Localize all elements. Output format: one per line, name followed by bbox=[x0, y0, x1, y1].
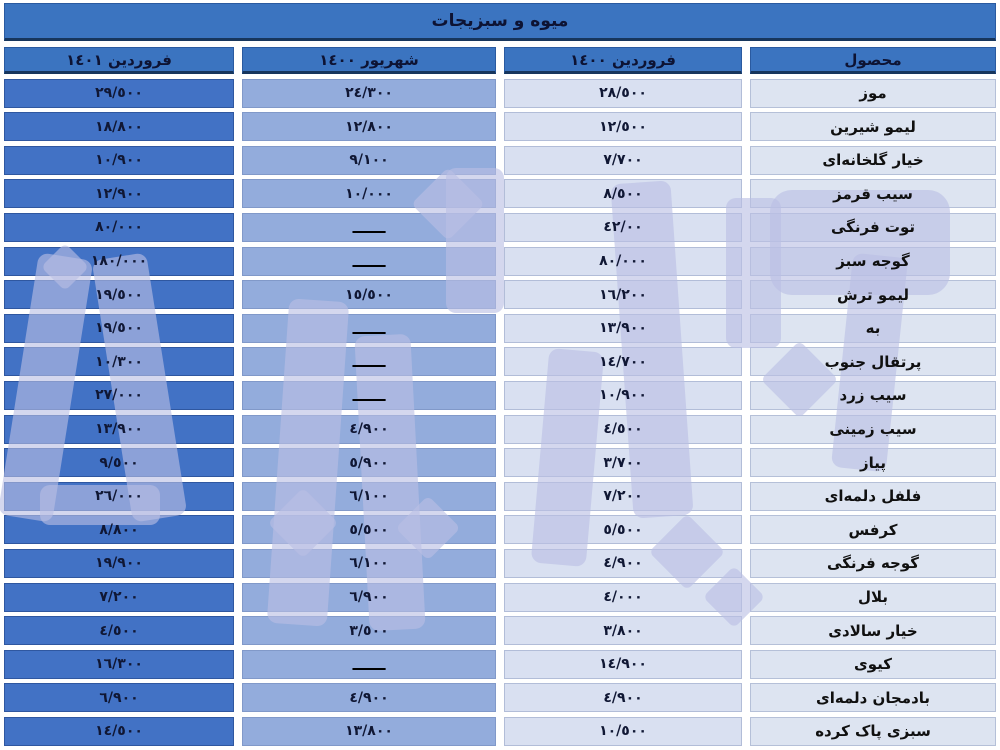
price-value: ١٦/٣٠٠ bbox=[95, 656, 143, 672]
farvardin-1400-cell: ٤٢/٠٠ bbox=[504, 213, 742, 242]
price-value: ١٤/٩٠٠ bbox=[599, 656, 647, 672]
price-value: ٦/٩٠٠ bbox=[349, 589, 388, 605]
shahrivar-1400-cell: ٤/٩٠٠ bbox=[242, 415, 496, 444]
price-value: ٣/٥٠٠ bbox=[349, 623, 388, 639]
farvardin-1401-cell: ١٦/٣٠٠ bbox=[4, 650, 234, 679]
product-name: سبزی پاک کرده bbox=[815, 722, 931, 740]
farvardin-1401-cell: ٤/٥٠٠ bbox=[4, 616, 234, 645]
price-value: ٢٨/٥٠٠ bbox=[599, 85, 647, 101]
shahrivar-1400-cell: ٦/٩٠٠ bbox=[242, 583, 496, 612]
farvardin-1401-cell: ٩/٥٠٠ bbox=[4, 448, 234, 477]
price-value: ١٤/٧٠٠ bbox=[599, 354, 647, 370]
price-value: ٤/٩٠٠ bbox=[603, 690, 642, 706]
shahrivar-1400-cell: ــــــ bbox=[242, 347, 496, 376]
farvardin-1401-cell: ٢٩/٥٠٠ bbox=[4, 79, 234, 108]
product-cell: لیمو ترش bbox=[750, 280, 996, 309]
farvardin-1400-cell: ٤/٠٠٠ bbox=[504, 583, 742, 612]
shahrivar-1400-cell: ــــــ bbox=[242, 314, 496, 343]
price-value: ١٨٠/٠٠٠ bbox=[91, 253, 147, 269]
farvardin-1400-cell: ٨٠/٠٠٠ bbox=[504, 247, 742, 276]
farvardin-1400-cell: ٢٨/٥٠٠ bbox=[504, 79, 742, 108]
product-cell: بلال bbox=[750, 583, 996, 612]
price-value: ٨/٨٠٠ bbox=[99, 522, 138, 538]
price-value: ــــــ bbox=[353, 218, 386, 237]
price-value: ٧/٢٠٠ bbox=[99, 589, 138, 605]
farvardin-1401-cell: ١٨/٨٠٠ bbox=[4, 112, 234, 141]
price-value: ١٠/٣٠٠ bbox=[95, 354, 143, 370]
price-value: ٣/٨٠٠ bbox=[603, 623, 642, 639]
farvardin-1400-cell: ١٠/٥٠٠ bbox=[504, 717, 742, 746]
price-value: ٩/١٠٠ bbox=[349, 152, 388, 168]
shahrivar-1400-cell: ١٥/٥٠٠ bbox=[242, 280, 496, 309]
product-cell: گوجه فرنگی bbox=[750, 549, 996, 578]
shahrivar-1400-cell: ــــــ bbox=[242, 650, 496, 679]
price-value: ١٣/٩٠٠ bbox=[599, 320, 647, 336]
farvardin-1400-cell: ٤/٥٠٠ bbox=[504, 415, 742, 444]
product-cell: پرتقال جنوب bbox=[750, 347, 996, 376]
product-name: به bbox=[866, 319, 881, 337]
table-title-bar: میوه و سبزیجات bbox=[4, 3, 996, 41]
price-value: ١٣/٨٠٠ bbox=[345, 723, 393, 739]
price-value: ١٨/٨٠٠ bbox=[95, 119, 143, 135]
product-name: لیمو شیرین bbox=[830, 118, 916, 136]
price-table: محصول فروردین ١٤٠٠ شهریور ١٤٠٠ فروردین ١… bbox=[4, 47, 996, 746]
product-cell: موز bbox=[750, 79, 996, 108]
farvardin-1400-cell: ١٠/٩٠٠ bbox=[504, 381, 742, 410]
price-value: ١٠/٩٠٠ bbox=[95, 152, 143, 168]
price-value: ٨٠/٠٠٠ bbox=[95, 219, 143, 235]
price-value: ١٩/٥٠٠ bbox=[95, 287, 143, 303]
farvardin-1400-cell: ١٤/٩٠٠ bbox=[504, 650, 742, 679]
farvardin-1401-cell: ١٤/٥٠٠ bbox=[4, 717, 234, 746]
price-value: ــــــ bbox=[353, 319, 386, 338]
product-name: پرتقال جنوب bbox=[825, 353, 922, 371]
price-value: ٢٦/٠٠٠ bbox=[95, 488, 143, 504]
price-value: ١٤/٥٠٠ bbox=[95, 723, 143, 739]
price-value: ٨٠/٠٠٠ bbox=[599, 253, 647, 269]
product-cell: توت فرنگی bbox=[750, 213, 996, 242]
product-name: کیوی bbox=[854, 655, 892, 673]
product-name: کرفس bbox=[848, 521, 897, 539]
price-value: ٦/٩٠٠ bbox=[99, 690, 138, 706]
product-name: سیب زمینی bbox=[829, 420, 916, 438]
price-value: ١٢/٩٠٠ bbox=[95, 186, 143, 202]
shahrivar-1400-cell: ١٣/٨٠٠ bbox=[242, 717, 496, 746]
shahrivar-1400-cell: ١٢/٨٠٠ bbox=[242, 112, 496, 141]
shahrivar-1400-cell: ٤/٩٠٠ bbox=[242, 683, 496, 712]
price-value: ١٠/٠٠٠ bbox=[345, 186, 393, 202]
shahrivar-1400-cell: ــــــ bbox=[242, 213, 496, 242]
farvardin-1401-cell: ١٩/٩٠٠ bbox=[4, 549, 234, 578]
farvardin-1400-cell: ٤/٩٠٠ bbox=[504, 549, 742, 578]
price-value: ٤٢/٠٠ bbox=[603, 219, 642, 235]
farvardin-1400-cell: ٥/٥٠٠ bbox=[504, 515, 742, 544]
product-name: موز bbox=[859, 84, 886, 102]
farvardin-1400-cell: ٨/٥٠٠ bbox=[504, 179, 742, 208]
farvardin-1400-cell: ٧/٧٠٠ bbox=[504, 146, 742, 175]
price-value: ١٦/٢٠٠ bbox=[599, 287, 647, 303]
product-cell: سیب زمینی bbox=[750, 415, 996, 444]
shahrivar-1400-cell: ــــــ bbox=[242, 381, 496, 410]
product-cell: بادمجان دلمه‌ای bbox=[750, 683, 996, 712]
price-value: ٢٧/٠٠٠ bbox=[95, 387, 143, 403]
product-name: بلال bbox=[858, 588, 888, 606]
price-value: ــــــ bbox=[353, 655, 386, 674]
price-value: ١٩/٩٠٠ bbox=[95, 555, 143, 571]
product-cell: فلفل دلمه‌ای bbox=[750, 482, 996, 511]
product-name: پیاز bbox=[860, 454, 886, 472]
price-value: ٤/٩٠٠ bbox=[603, 555, 642, 571]
column-header-farvardin-1401: فروردین ١٤٠١ bbox=[4, 47, 234, 74]
price-value: ١٣/٩٠٠ bbox=[95, 421, 143, 437]
product-cell: خیار گلخانه‌ای bbox=[750, 146, 996, 175]
price-value: ٥/٥٠٠ bbox=[349, 522, 388, 538]
price-value: ــــــ bbox=[353, 352, 386, 371]
shahrivar-1400-cell: ١٠/٠٠٠ bbox=[242, 179, 496, 208]
product-name: توت فرنگی bbox=[831, 218, 915, 236]
farvardin-1401-cell: ١٠/٩٠٠ bbox=[4, 146, 234, 175]
price-value: ٤/٥٠٠ bbox=[99, 623, 138, 639]
farvardin-1400-cell: ١٢/٥٠٠ bbox=[504, 112, 742, 141]
product-cell: پیاز bbox=[750, 448, 996, 477]
shahrivar-1400-cell: ــــــ bbox=[242, 247, 496, 276]
product-cell: گوجه سبز bbox=[750, 247, 996, 276]
farvardin-1401-cell: ٢٦/٠٠٠ bbox=[4, 482, 234, 511]
product-name: خیار سالادی bbox=[828, 622, 917, 640]
shahrivar-1400-cell: ٥/٩٠٠ bbox=[242, 448, 496, 477]
product-cell: به bbox=[750, 314, 996, 343]
price-table-page: میوه و سبزیجات محصول فروردین ١٤٠٠ شهریور… bbox=[0, 0, 1000, 746]
product-name: لیمو ترش bbox=[837, 286, 909, 304]
price-value: ٣/٧٠٠ bbox=[603, 455, 642, 471]
farvardin-1401-cell: ٦/٩٠٠ bbox=[4, 683, 234, 712]
product-cell: کیوی bbox=[750, 650, 996, 679]
farvardin-1400-cell: ١٦/٢٠٠ bbox=[504, 280, 742, 309]
price-value: ٤/٠٠٠ bbox=[603, 589, 642, 605]
price-value: ١٢/٥٠٠ bbox=[599, 119, 647, 135]
price-value: ١٠/٩٠٠ bbox=[599, 387, 647, 403]
farvardin-1401-cell: ١٢/٩٠٠ bbox=[4, 179, 234, 208]
product-cell: سبزی پاک کرده bbox=[750, 717, 996, 746]
farvardin-1400-cell: ٣/٧٠٠ bbox=[504, 448, 742, 477]
price-value: ٨/٥٠٠ bbox=[603, 186, 642, 202]
shahrivar-1400-cell: ٢٤/٣٠٠ bbox=[242, 79, 496, 108]
farvardin-1401-cell: ١٠/٣٠٠ bbox=[4, 347, 234, 376]
product-cell: خیار سالادی bbox=[750, 616, 996, 645]
product-cell: سیب زرد bbox=[750, 381, 996, 410]
product-name: گوجه سبز bbox=[836, 252, 909, 270]
price-value: ١٢/٨٠٠ bbox=[345, 119, 393, 135]
farvardin-1401-cell: ١٣/٩٠٠ bbox=[4, 415, 234, 444]
farvardin-1401-cell: ١٨٠/٠٠٠ bbox=[4, 247, 234, 276]
product-name: سیب قرمز bbox=[833, 185, 913, 203]
column-header-shahrivar-1400: شهریور ١٤٠٠ bbox=[242, 47, 496, 74]
price-value: ٩/٥٠٠ bbox=[99, 455, 138, 471]
farvardin-1401-cell: ١٩/٥٠٠ bbox=[4, 314, 234, 343]
price-value: ١٠/٥٠٠ bbox=[599, 723, 647, 739]
price-value: ٤/٩٠٠ bbox=[349, 421, 388, 437]
farvardin-1400-cell: ١٣/٩٠٠ bbox=[504, 314, 742, 343]
product-cell: سیب قرمز bbox=[750, 179, 996, 208]
farvardin-1401-cell: ٨/٨٠٠ bbox=[4, 515, 234, 544]
price-value: ــــــ bbox=[353, 252, 386, 271]
farvardin-1400-cell: ٣/٨٠٠ bbox=[504, 616, 742, 645]
shahrivar-1400-cell: ٦/١٠٠ bbox=[242, 549, 496, 578]
price-value: ٧/٧٠٠ bbox=[603, 152, 642, 168]
product-name: سیب زرد bbox=[840, 386, 907, 404]
price-value: ٧/٢٠٠ bbox=[603, 488, 642, 504]
farvardin-1400-cell: ١٤/٧٠٠ bbox=[504, 347, 742, 376]
farvardin-1400-cell: ٤/٩٠٠ bbox=[504, 683, 742, 712]
price-value: ٦/١٠٠ bbox=[349, 555, 388, 571]
farvardin-1401-cell: ٨٠/٠٠٠ bbox=[4, 213, 234, 242]
farvardin-1401-cell: ٧/٢٠٠ bbox=[4, 583, 234, 612]
price-value: ١٩/٥٠٠ bbox=[95, 320, 143, 336]
shahrivar-1400-cell: ٦/١٠٠ bbox=[242, 482, 496, 511]
price-value: ٥/٥٠٠ bbox=[603, 522, 642, 538]
price-value: ٤/٥٠٠ bbox=[603, 421, 642, 437]
price-value: ٥/٩٠٠ bbox=[349, 455, 388, 471]
product-name: گوجه فرنگی bbox=[827, 554, 919, 572]
product-name: فلفل دلمه‌ای bbox=[825, 487, 922, 505]
product-cell: کرفس bbox=[750, 515, 996, 544]
shahrivar-1400-cell: ٩/١٠٠ bbox=[242, 146, 496, 175]
price-value: ٢٩/٥٠٠ bbox=[95, 85, 143, 101]
column-header-farvardin-1400: فروردین ١٤٠٠ bbox=[504, 47, 742, 74]
product-cell: لیمو شیرین bbox=[750, 112, 996, 141]
price-value: ٢٤/٣٠٠ bbox=[345, 85, 393, 101]
price-value: ٤/٩٠٠ bbox=[349, 690, 388, 706]
price-value: ٦/١٠٠ bbox=[349, 488, 388, 504]
shahrivar-1400-cell: ٥/٥٠٠ bbox=[242, 515, 496, 544]
product-name: بادمجان دلمه‌ای bbox=[816, 689, 930, 707]
price-value: ــــــ bbox=[353, 386, 386, 405]
column-header-product: محصول bbox=[750, 47, 996, 74]
farvardin-1401-cell: ١٩/٥٠٠ bbox=[4, 280, 234, 309]
farvardin-1400-cell: ٧/٢٠٠ bbox=[504, 482, 742, 511]
shahrivar-1400-cell: ٣/٥٠٠ bbox=[242, 616, 496, 645]
price-value: ١٥/٥٠٠ bbox=[345, 287, 393, 303]
table-title: میوه و سبزیجات bbox=[432, 11, 569, 31]
product-name: خیار گلخانه‌ای bbox=[822, 151, 923, 169]
farvardin-1401-cell: ٢٧/٠٠٠ bbox=[4, 381, 234, 410]
